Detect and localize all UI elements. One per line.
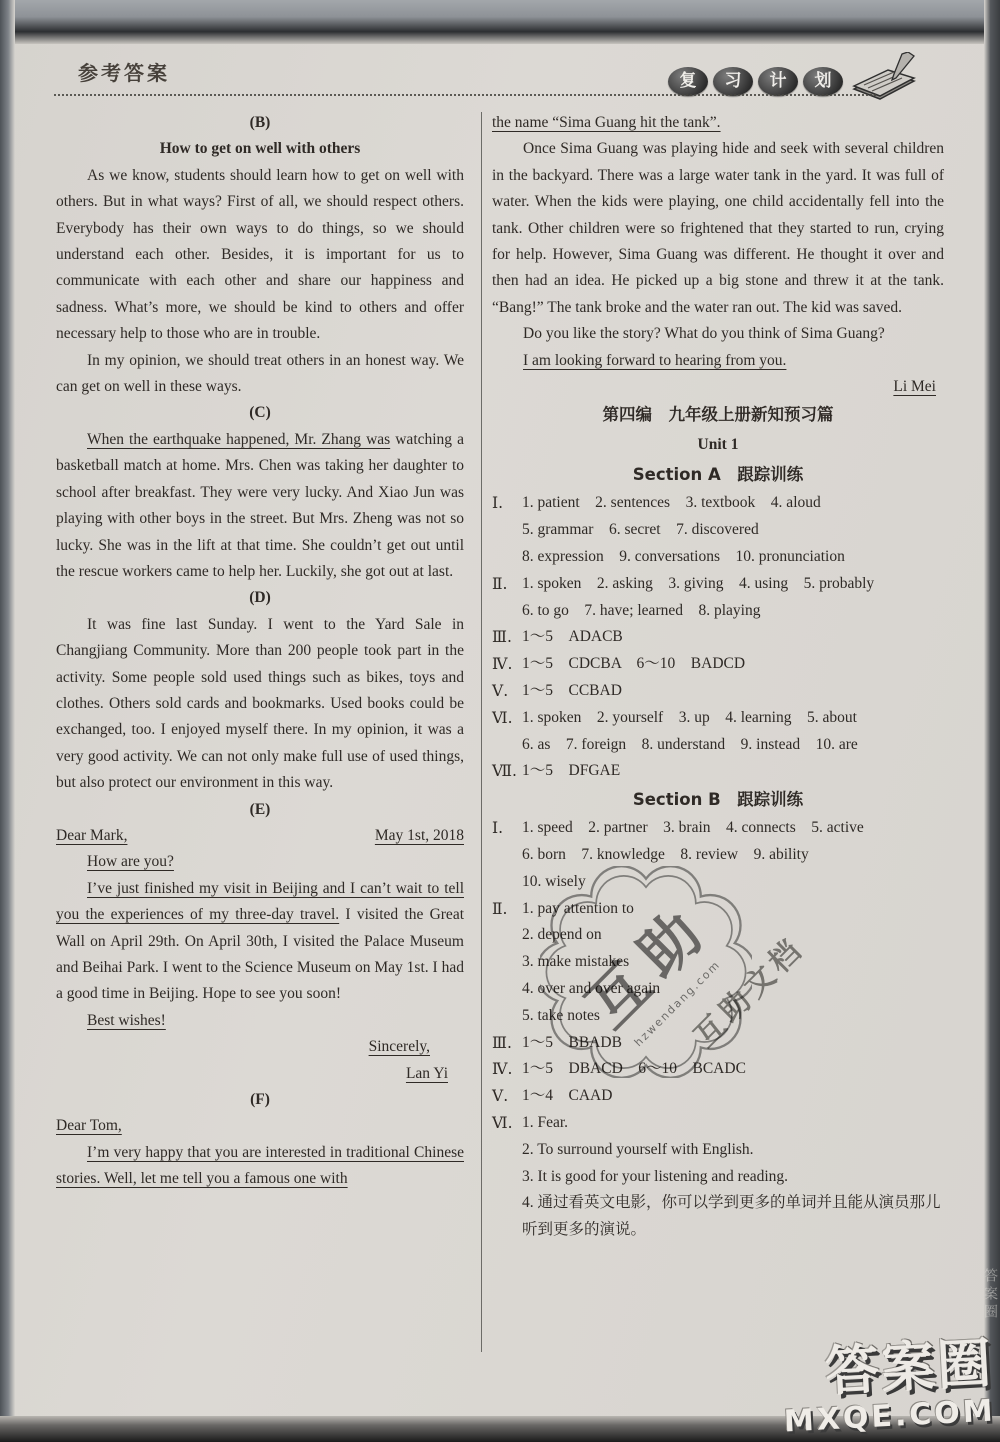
- answer-row: Ⅲ. 1～5 ADACB: [492, 624, 944, 651]
- underlined-text: When the earthquake happened, Mr. Zhang …: [87, 431, 390, 448]
- underlined-text: the name “Sima Guang hit the tank”.: [492, 114, 721, 131]
- section-label-d: (D): [56, 585, 464, 611]
- passage-c-paragraph: When the earthquake happened, Mr. Zhang …: [56, 427, 464, 585]
- dotted-rule: [54, 94, 876, 96]
- roman-numeral: Ⅵ.: [492, 705, 522, 759]
- logo-badge: 习: [713, 67, 753, 96]
- answer-line: 1～5 ADACB: [522, 624, 944, 651]
- answer-row: Ⅴ. 1～4 CAAD: [492, 1083, 944, 1110]
- edge-watermark: 答案圈: [980, 1268, 1000, 1322]
- section-b-heading: Section B 跟踪训练: [492, 785, 944, 815]
- letter-wishes: Best wishes!: [56, 1008, 464, 1034]
- page-title: 参考答案: [78, 57, 170, 86]
- answer-line: 1. speed 2. partner 3. brain 4. connects…: [522, 815, 944, 842]
- letter-closing: Sincerely,: [56, 1034, 464, 1060]
- letter-f-continuation: the name “Sima Guang hit the tank”.: [492, 110, 944, 136]
- underlined-text: Dear Tom,: [56, 1117, 122, 1134]
- passage-d-paragraph: It was fine last Sunday. I went to the Y…: [56, 612, 464, 797]
- underlined-text: I’m very happy that you are interested i…: [56, 1144, 464, 1187]
- scan-edge-left: [0, 0, 15, 1442]
- roman-numeral: Ⅱ.: [492, 571, 522, 625]
- roman-numeral: Ⅳ.: [492, 1056, 522, 1083]
- scanned-answer-page: 参考答案 复 习 计 划 (B) How to get on well with…: [0, 0, 1000, 1442]
- answer-line: 4. 通过看英文电影，你可以学到更多的单词并且能从演员那儿听到更多的演说。: [522, 1190, 944, 1244]
- answer-line: 1～5 CDCBA 6～10 BADCD: [522, 651, 944, 678]
- answer-row: Ⅶ. 1～5 DFGAE: [492, 758, 944, 785]
- answer-line: 6. as 7. foreign 8. understand 9. instea…: [522, 732, 944, 759]
- answer-line: 8. expression 9. conversations 10. pronu…: [522, 544, 944, 571]
- left-column: (B) How to get on well with others As we…: [56, 110, 464, 1193]
- answer-line: 6. to go 7. have; learned 8. playing: [522, 598, 944, 625]
- part-heading: 第四编 九年级上册新知预习篇: [492, 400, 944, 430]
- roman-numeral: Ⅳ.: [492, 651, 522, 678]
- section-label-f: (F): [56, 1087, 464, 1113]
- answer-line: 1～5 CCBAD: [522, 678, 944, 705]
- letter-date: May 1st, 2018: [375, 823, 464, 849]
- roman-numeral: Ⅰ.: [492, 815, 522, 895]
- underlined-text: I am looking forward to hearing from you…: [523, 352, 786, 369]
- answer-row: Ⅰ. 1. patient 2. sentences 3. textbook 4…: [492, 490, 944, 570]
- scan-edge-top: [0, 0, 1000, 44]
- brand-logo: 复 习 计 划: [668, 52, 916, 111]
- underlined-text: Lan Yi: [406, 1065, 448, 1082]
- answer-row: Ⅵ. 1. spoken 2. yourself 3. up 4. learni…: [492, 705, 944, 759]
- roman-numeral: Ⅰ.: [492, 490, 522, 570]
- answer-line: 5. grammar 6. secret 7. discovered: [522, 517, 944, 544]
- answer-line: 1～5 DFGAE: [522, 758, 944, 785]
- underlined-text: How are you?: [87, 853, 174, 870]
- answer-row: Ⅴ. 1～5 CCBAD: [492, 678, 944, 705]
- logo-badge: 计: [758, 67, 798, 96]
- passage-b-paragraph-1: As we know, students should learn how to…: [56, 163, 464, 348]
- letter-signature: Lan Yi: [56, 1061, 464, 1087]
- passage-c-rest: watching a basketball match at home. Mrs…: [56, 431, 464, 580]
- answer-row: Ⅳ. 1～5 CDCBA 6～10 BADCD: [492, 651, 944, 678]
- answer-line: 3. It is good for your listening and rea…: [522, 1164, 944, 1191]
- roman-numeral: Ⅵ.: [492, 1110, 522, 1244]
- logo-badge: 划: [803, 67, 843, 96]
- unit-heading: Unit 1: [492, 430, 944, 460]
- answer-line: 1～4 CAAD: [522, 1083, 944, 1110]
- underlined-text: Best wishes!: [87, 1012, 166, 1029]
- passage-title: How to get on well with others: [56, 136, 464, 162]
- roman-numeral: Ⅲ.: [492, 1030, 522, 1057]
- story-paragraph-2: Do you like the story? What do you think…: [492, 321, 944, 347]
- passage-b-paragraph-2: In my opinion, we should treat others in…: [56, 348, 464, 401]
- answer-row: Ⅵ. 1. Fear.2. To surround yourself with …: [492, 1110, 944, 1244]
- answer-line: 1. patient 2. sentences 3. textbook 4. a…: [522, 490, 944, 517]
- section-label-b: (B): [56, 110, 464, 136]
- answer-line: 2. To surround yourself with English.: [522, 1137, 944, 1164]
- letter-f-salutation: Dear Tom,: [56, 1113, 464, 1139]
- answer-line: 1. Fear.: [522, 1110, 944, 1137]
- section-a-heading: Section A 跟踪训练: [492, 460, 944, 490]
- letter-looking-forward: I am looking forward to hearing from you…: [492, 348, 944, 374]
- letter-greeting: How are you?: [56, 849, 464, 875]
- section-label-c: (C): [56, 400, 464, 426]
- corner-watermark: 答案圈 MXQE.COM: [780, 1321, 997, 1440]
- answer-line: 1. spoken 2. yourself 3. up 4. learning …: [522, 705, 944, 732]
- letter-head-row: Dear Mark, May 1st, 2018: [56, 823, 464, 849]
- letter-salutation: Dear Mark,: [56, 823, 127, 849]
- logo-badge: 复: [668, 67, 708, 96]
- roman-numeral: Ⅲ.: [492, 624, 522, 651]
- underlined-text: Sincerely,: [369, 1038, 430, 1055]
- roman-numeral: Ⅴ.: [492, 1083, 522, 1110]
- answer-line: 6. born 7. knowledge 8. review 9. abilit…: [522, 842, 944, 869]
- letter-f-body: I’m very happy that you are interested i…: [56, 1140, 464, 1193]
- column-divider: [481, 112, 482, 1352]
- underlined-text: Li Mei: [893, 378, 936, 395]
- roman-numeral: Ⅴ.: [492, 678, 522, 705]
- section-label-e: (E): [56, 797, 464, 823]
- letter-signature: Li Mei: [492, 374, 944, 400]
- answer-row: Ⅱ. 1. spoken 2. asking 3. giving 4. usin…: [492, 571, 944, 625]
- letter-e-body: I’ve just finished my visit in Beijing a…: [56, 876, 464, 1008]
- answer-line: 1. spoken 2. asking 3. giving 4. using 5…: [522, 571, 944, 598]
- story-paragraph-1: Once Sima Guang was playing hide and see…: [492, 136, 944, 321]
- scan-edge-right: [984, 0, 1000, 1442]
- notebook-pencil-icon: [848, 52, 916, 111]
- roman-numeral: Ⅶ.: [492, 758, 522, 785]
